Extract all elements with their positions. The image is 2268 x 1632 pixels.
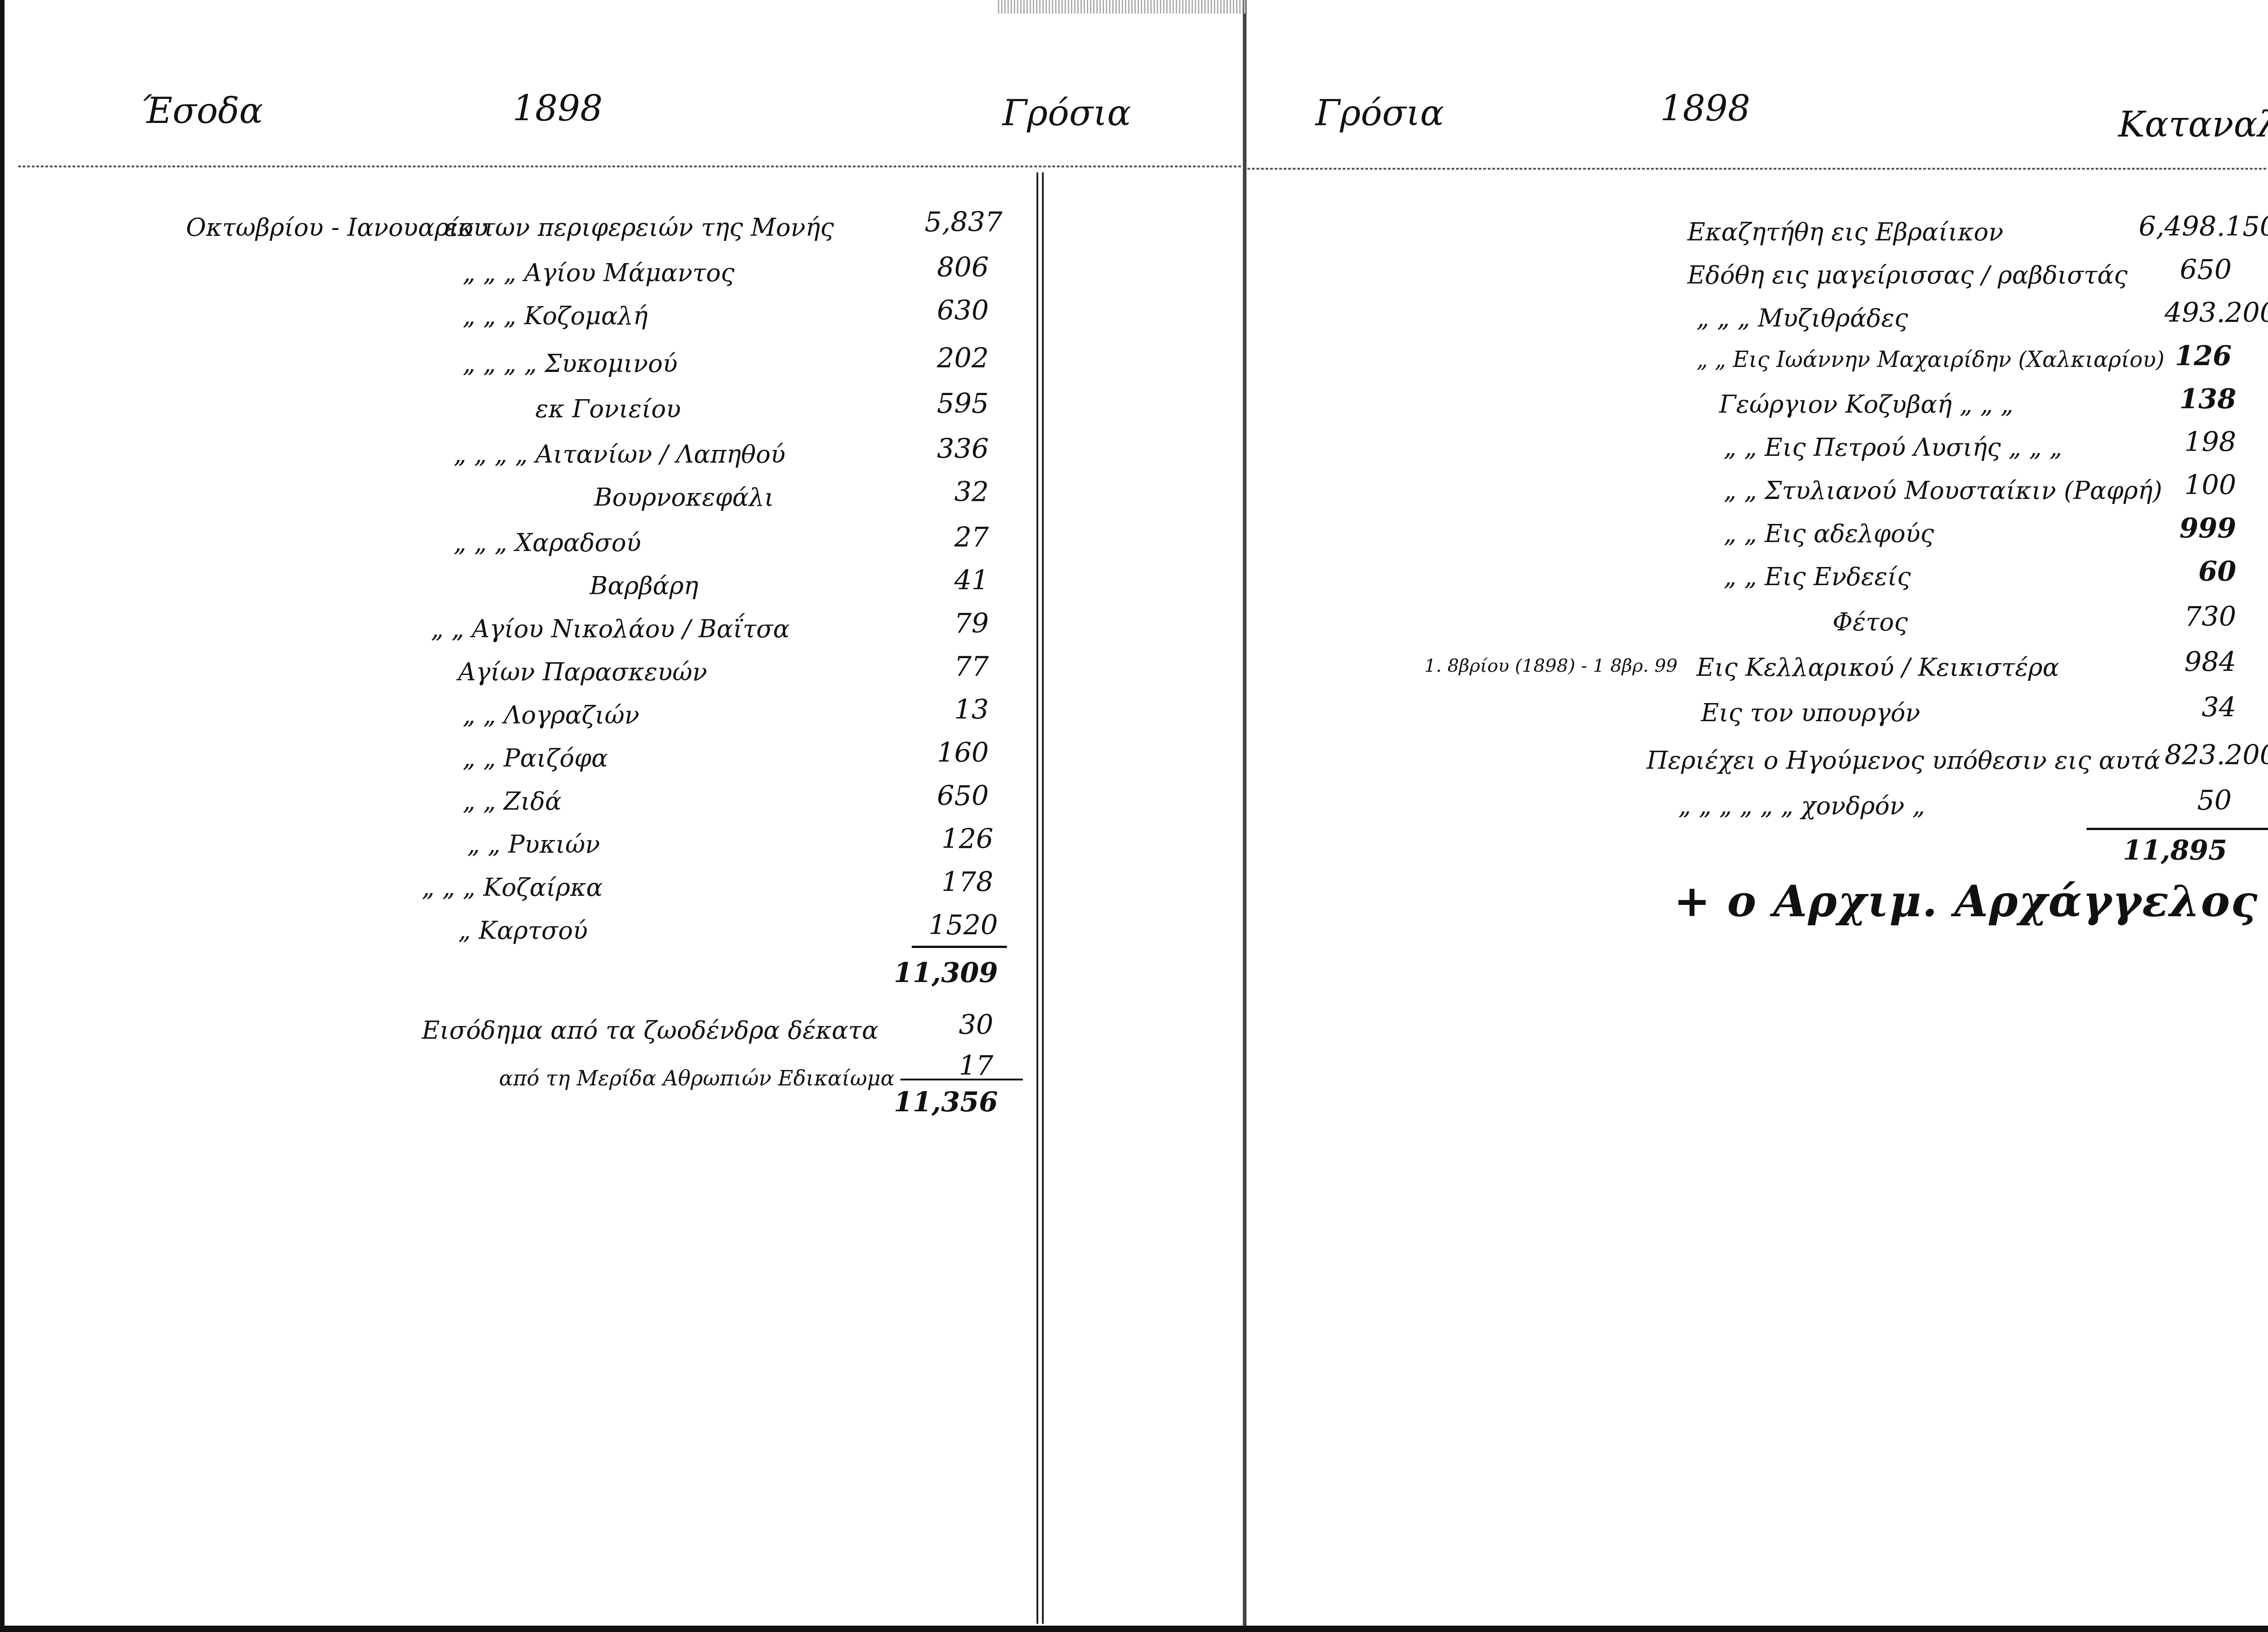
expense-row-desc: Εις Κελλαρικού / Κεικιστέρα: [1696, 653, 2059, 682]
expense-row-desc: Εδόθη εις μαγείρισσας / ραβδιστάς: [1687, 261, 2127, 289]
expense-row-amount: 999: [2132, 513, 2236, 544]
expense-row-desc: Περιέχει ο Ηγούμενος υπόθεσιν εις αυτά: [1647, 746, 2160, 775]
expense-row-desc: „ „ Εις Πετρού Λυσιής „ „ „: [1724, 433, 2062, 462]
expense-row-date: 1. 8βρίου (1898) - 1 8βρ. 99: [1424, 655, 1677, 676]
right-ledger-page: Γρόσια 1898 Καταναλώσεις 7 Εκαζητήθη εις…: [1247, 0, 2268, 1632]
income-row-desc: „ „ „ Χαραδσού: [454, 528, 641, 557]
income-row-desc: „ „ Ζιδά: [463, 787, 562, 816]
income-row-desc: „ „ Ρυκιών: [467, 830, 600, 859]
income-row-amount: 650: [885, 780, 989, 812]
expense-row-amount: 493.200: [2132, 297, 2268, 329]
expense-row-amount: 6,498.150: [2132, 211, 2268, 243]
expense-row-amount: 984: [2132, 646, 2236, 678]
income-row-desc: „ „ Αγίου Νικολάου / Βαΐτσα: [431, 615, 790, 643]
left-ledger-page: Έσοδα 1898 Γρόσια Οκτωβρίου - Ιανουαρίου…: [0, 0, 1247, 1632]
expense-row-amount: 138: [2132, 383, 2236, 415]
expense-row-desc: „ „ „ Μυζιθράδες: [1696, 304, 1908, 332]
expense-row-desc: „ „ Εις Ιωάννην Μαχαιρίδην (Χαλκιαρίου): [1696, 347, 2165, 372]
left-header-unit: Γρόσια: [1002, 93, 1131, 134]
income-row-amount: 32: [885, 476, 989, 508]
book-gutter: [1243, 0, 1246, 1632]
income-row-desc: εκ Γονιείου: [535, 395, 681, 423]
income-row-desc: „ „ „ „ Συκομινού: [463, 349, 678, 378]
expense-row-desc: Εκαζητήθη εις Εβραίικον: [1687, 218, 2004, 246]
income-row-desc: „ „ „ Αγίου Μάμαντος: [463, 259, 734, 287]
right-header-unit: Γρόσια: [1315, 93, 1444, 134]
extra-income-amount: 30: [885, 1009, 993, 1041]
income-row-amount: 13: [885, 694, 989, 726]
extra-income-desc: από τη Μερίδα Αθρωπιών Εδικαίωμα: [499, 1066, 894, 1090]
scan-left-edge: [0, 0, 5, 1632]
expense-row-desc: „ „ Στυλιανού Μουσταίκιν (Ραφρή): [1724, 476, 2162, 505]
expense-row-desc: „ „ Εις αδελφούς: [1724, 519, 1934, 548]
income-row-amount: 178: [885, 866, 993, 898]
header-rule: [18, 166, 1243, 167]
income-total: 11,356: [885, 1086, 998, 1118]
amount-column-rule-2: [1042, 172, 1044, 1624]
income-row-desc: „ Καρτσού: [458, 916, 588, 945]
income-row-amount: 77: [885, 651, 989, 683]
expense-row-desc: Γεώργιον Κοζυβαή „ „ „: [1719, 390, 2014, 419]
income-subtotal: 11,309: [885, 957, 998, 989]
income-row-desc: Βουρνοκεφάλι: [594, 483, 774, 512]
expense-total-grosia: 11,895: [2109, 835, 2227, 866]
extra-income-desc: Εισόδημα από τα ζωοδένδρα δέκατα: [422, 1016, 878, 1045]
subtotal-underline: [912, 946, 1007, 948]
expense-row-amount: 730: [2132, 601, 2236, 633]
income-row-desc: „ „ „ Κοζομαλή: [463, 302, 648, 330]
expense-total-paras: 100: [2263, 835, 2268, 866]
income-row-amount: 630: [885, 295, 989, 327]
extra-income-amount: 17: [885, 1050, 993, 1082]
expense-row-amount: 34: [2132, 692, 2236, 723]
expense-row-amount: 823.200: [2132, 739, 2268, 771]
income-row-desc: εκ των περιφερειών της Μονής: [445, 213, 834, 242]
income-row-amount: 5,837: [885, 206, 1002, 238]
expense-row-amount: 100: [2132, 469, 2236, 501]
total-underline: [900, 1079, 1023, 1080]
scan-bottom-edge: [0, 1626, 2268, 1632]
income-row-amount: 126: [885, 823, 993, 855]
expense-row-desc: „ „ „ „ „ „ χονδρόν „: [1678, 792, 1925, 820]
left-header-label: Έσοδα: [141, 91, 263, 132]
expense-row-amount: 50: [2132, 785, 2232, 816]
income-row-desc: „ „ Λογραζιών: [463, 701, 640, 729]
income-row-amount: 806: [885, 252, 989, 283]
income-row-desc: Βαρβάρη: [590, 572, 699, 600]
income-row-desc: „ „ Ραιζόφα: [463, 744, 608, 772]
expense-row-amount: 126: [2132, 340, 2232, 372]
period-note: Οκτωβρίου - Ιανουαρίου: [186, 213, 488, 242]
income-row-desc: „ „ „ Κοζαίρκα: [422, 873, 603, 902]
expense-row-amount: 650: [2132, 254, 2232, 286]
signature: + ο Αρχιμ. Αρχάγγελος: [1674, 875, 2258, 927]
total-underline: [2087, 828, 2268, 830]
right-header-label: Καταναλώσεις: [2118, 104, 2268, 145]
amount-column-rule: [1036, 172, 1038, 1624]
right-header-year: 1898: [1660, 88, 1750, 129]
expense-row-desc: „ „ Εις Ενδεείς: [1724, 562, 1911, 591]
expense-row-desc: Εις τον υπουργόν: [1701, 699, 1920, 727]
income-row-amount: 595: [885, 388, 989, 420]
expense-row-amount: 198: [2132, 426, 2236, 458]
income-row-amount: 27: [885, 522, 989, 553]
income-row-amount: 336: [885, 433, 989, 465]
header-rule: [1247, 168, 2268, 170]
income-row-desc: „ „ „ „ Αιτανίων / Λαπηθού: [454, 440, 786, 469]
income-row-amount: 1520: [885, 909, 998, 941]
expense-row-amount: 60: [2132, 556, 2236, 587]
income-row-amount: 160: [885, 737, 989, 769]
left-header-year: 1898: [513, 88, 603, 129]
income-row-amount: 41: [885, 565, 989, 596]
income-row-desc: Αγίων Παρασκευών: [458, 658, 707, 686]
income-row-amount: 79: [885, 608, 989, 640]
income-row-amount: 202: [885, 342, 989, 374]
expense-row-desc: Φέτος: [1833, 608, 1908, 636]
